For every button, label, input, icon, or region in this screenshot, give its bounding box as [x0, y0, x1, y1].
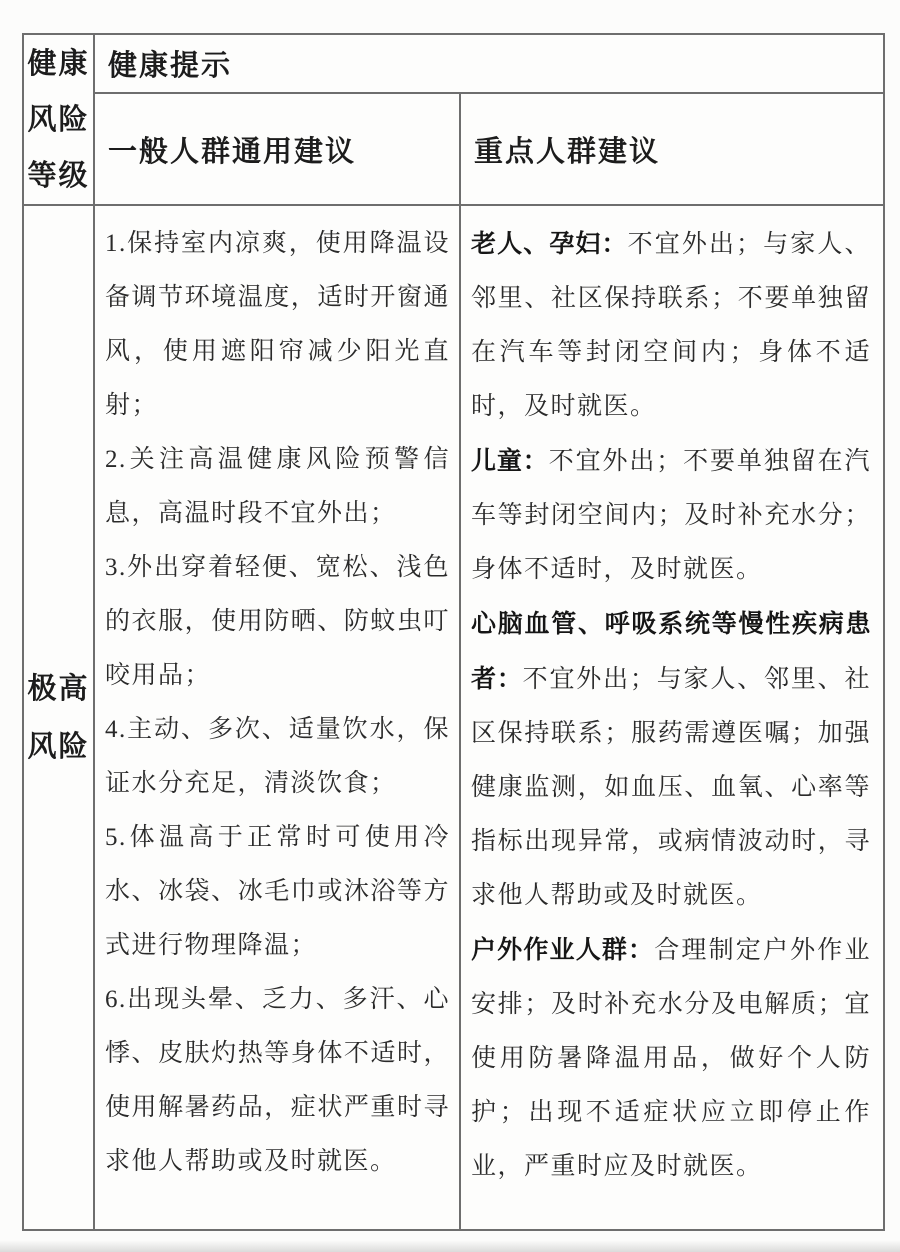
key-group-label: 老人、孕妇：	[471, 230, 628, 258]
general-advice-header-cell: 一般人群通用建议	[95, 94, 461, 206]
risk-level-header-cell: 健康风险等级	[24, 35, 95, 206]
document-page: 健康风险等级 健康提示 一般人群通用建议 重点人群建议 极高风险 1.保持室内凉…	[0, 0, 900, 1252]
tips-header-cell: 健康提示	[95, 35, 885, 94]
key-groups-header-text: 重点人群建议	[474, 129, 660, 170]
risk-level-text: 极高风险	[28, 660, 90, 776]
general-advice-item: 5.体温高于正常时可使用冷水、冰袋、冰毛巾或沐浴等方式进行物理降温；	[105, 811, 450, 973]
key-group-text: 合理制定户外作业安排；及时补充水分及电解质；宜使用防暑降温用品，做好个人防护；出…	[471, 937, 871, 1180]
key-group-item: 心脑血管、呼吸系统等慢性疾病患者：不宜外出；与家人、邻里、社区保持联系；服药需遵…	[471, 597, 871, 923]
photo-bottom-shadow	[0, 1240, 900, 1252]
key-group-label: 儿童：	[471, 447, 549, 475]
general-advice-item: 1.保持室内凉爽，使用降温设备调节环境温度，适时开窗通风，使用遮阳帘减少阳光直射…	[105, 217, 450, 433]
general-advice-cell: 1.保持室内凉爽，使用降温设备调节环境温度，适时开窗通风，使用遮阳帘减少阳光直射…	[95, 206, 461, 1231]
general-advice-header-text: 一般人群通用建议	[108, 129, 356, 170]
general-advice-item: 2.关注高温健康风险预警信息，高温时段不宜外出；	[105, 433, 450, 541]
health-risk-table: 健康风险等级 健康提示 一般人群通用建议 重点人群建议 极高风险 1.保持室内凉…	[22, 33, 885, 1231]
key-groups-header-cell: 重点人群建议	[461, 94, 885, 206]
key-group-item: 户外作业人群：合理制定户外作业安排；及时补充水分及电解质；宜使用防暑降温用品，做…	[471, 923, 871, 1194]
key-group-text: 不宜外出；与家人、邻里、社区保持联系；服药需遵医嘱；加强健康监测，如血压、血氧、…	[471, 666, 871, 909]
key-group-item: 老人、孕妇：不宜外出；与家人、邻里、社区保持联系；不要单独留在汽车等封闭空间内；…	[471, 217, 871, 434]
general-advice-item: 6.出现头晕、乏力、多汗、心悸、皮肤灼热等身体不适时，使用解暑药品，症状严重时寻…	[105, 973, 450, 1189]
key-group-label: 户外作业人群：	[471, 936, 654, 964]
risk-level-cell: 极高风险	[24, 206, 95, 1231]
key-groups-cell: 老人、孕妇：不宜外出；与家人、邻里、社区保持联系；不要单独留在汽车等封闭空间内；…	[461, 206, 885, 1231]
key-group-text: 不宜外出；与家人、邻里、社区保持联系；不要单独留在汽车等封闭空间内；身体不适时，…	[471, 231, 871, 420]
general-advice-item: 4.主动、多次、适量饮水，保证水分充足，清淡饮食；	[105, 703, 450, 811]
tips-header-text: 健康提示	[108, 43, 232, 84]
key-group-item: 儿童：不宜外出；不要单独留在汽车等封闭空间内；及时补充水分；身体不适时，及时就医…	[471, 434, 871, 597]
risk-level-header-text: 健康风险等级	[28, 36, 90, 204]
general-advice-item: 3.外出穿着轻便、宽松、浅色的衣服，使用防晒、防蚊虫叮咬用品；	[105, 541, 450, 703]
